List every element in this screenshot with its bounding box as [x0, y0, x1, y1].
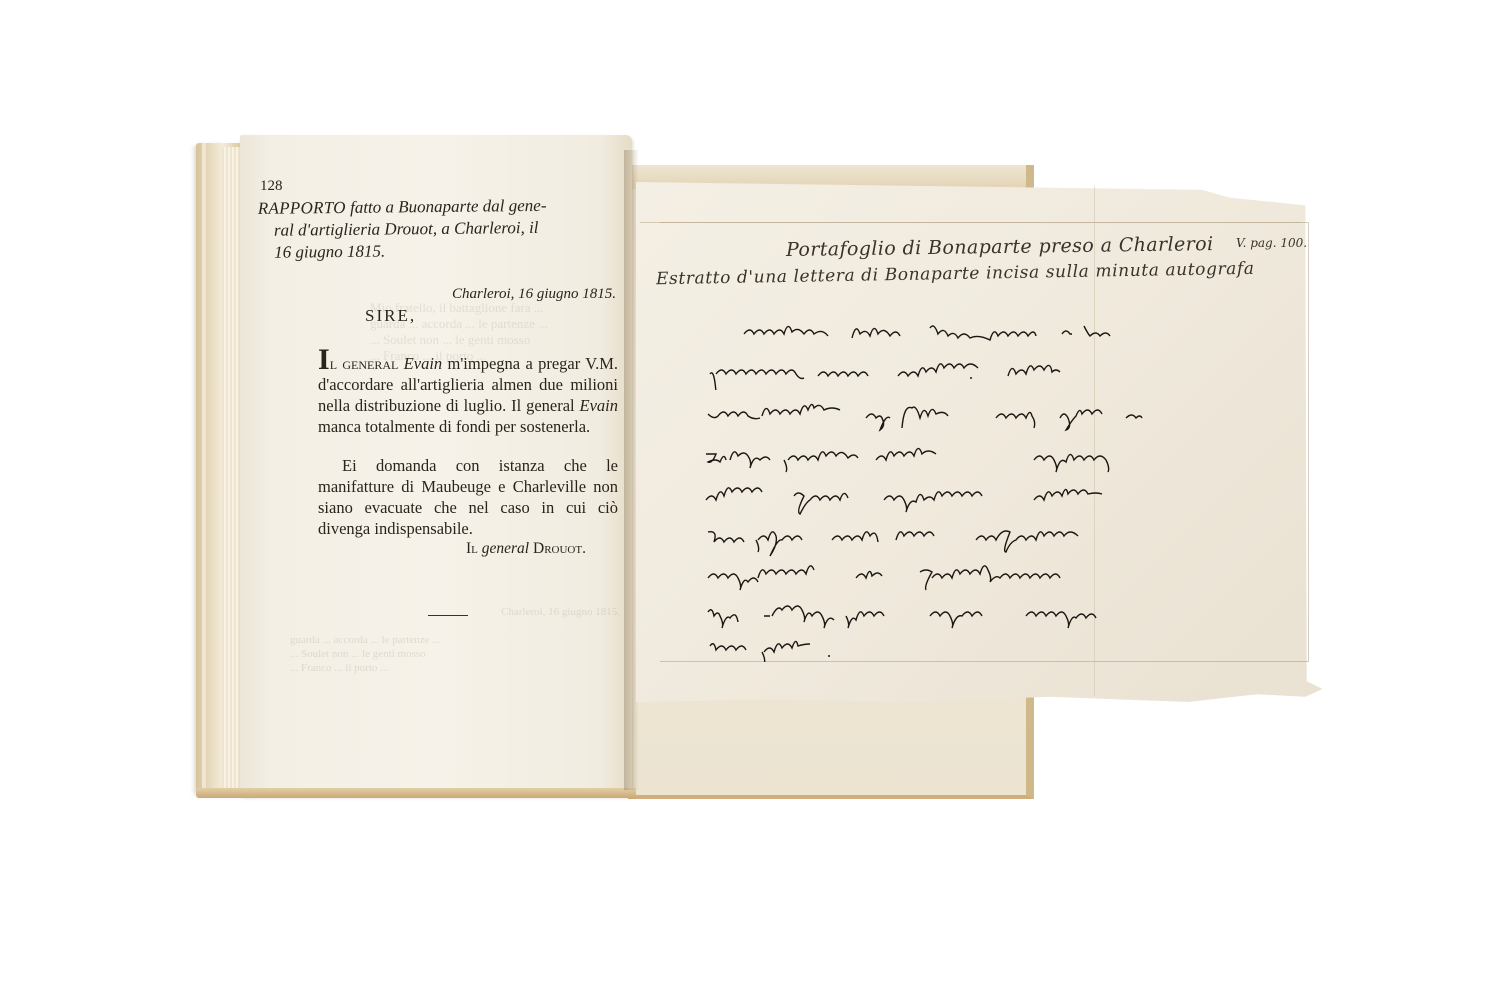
bleed-through-line: ... Franco ... il porto ...	[290, 661, 620, 675]
bleed-through-line: ... Soulet non ... le genti mosso	[290, 647, 620, 661]
handwritten-line	[704, 484, 1244, 518]
handwritten-line	[706, 402, 1226, 432]
bleed-through-line: guarda ... accorda ... le partenze ...	[290, 633, 620, 647]
para1-text2: manca totalmente di fondi per sostenerla…	[318, 417, 590, 436]
signature-prefix: Il	[466, 540, 478, 557]
handwritten-line	[706, 562, 1266, 594]
bleed-through-line: ... Soulet non ... le genti mosso	[370, 332, 620, 348]
body-paragraph-2: Ei domanda con istanza che le manifattur…	[318, 455, 618, 539]
plate-impression-border	[660, 222, 1309, 662]
lead-text: l general	[330, 354, 404, 373]
handwritten-line	[704, 444, 1244, 474]
salutation: SIRE,	[365, 306, 416, 326]
plate-page-reference: V. pag. 100.	[1236, 236, 1307, 250]
name-evain: Evain	[404, 354, 443, 373]
handwritten-line	[706, 600, 1266, 634]
drop-cap: I	[318, 343, 330, 376]
handwritten-line	[706, 524, 1246, 558]
book-gutter	[624, 150, 638, 790]
handwritten-line	[708, 360, 1208, 390]
heading-line3: 16 giugno 1815.	[258, 238, 618, 264]
heading-line1: fatto a Buonaparte dal gene-	[346, 196, 547, 217]
bleed-through-line: Charleroi, 16 giugno 1815.	[290, 605, 620, 619]
body-paragraph-1: Il general Evain m'impegna a pregar V.M.…	[318, 350, 618, 437]
report-heading: RAPPORTO fatto a Buonaparte dal gene- ra…	[258, 194, 619, 264]
signature-name: Drouot.	[533, 540, 586, 557]
handwritten-line	[742, 318, 1182, 344]
fold-line-horizontal	[640, 222, 1300, 223]
book-bottom-edge	[196, 788, 636, 798]
name-evain: Evain	[580, 396, 619, 415]
page-number: 128	[260, 178, 283, 195]
signature: Il general Drouot.	[466, 540, 586, 558]
heading-caps: RAPPORTO	[258, 198, 346, 218]
bleed-through-text: Charleroi, 16 giugno 1815. guarda ... ac…	[290, 605, 620, 675]
dateline: Charleroi, 16 giugno 1815.	[452, 286, 616, 303]
handwritten-line	[708, 636, 848, 662]
signature-title: general	[478, 540, 533, 557]
para2-text: Ei domanda con istanza che le manifattur…	[318, 456, 618, 538]
